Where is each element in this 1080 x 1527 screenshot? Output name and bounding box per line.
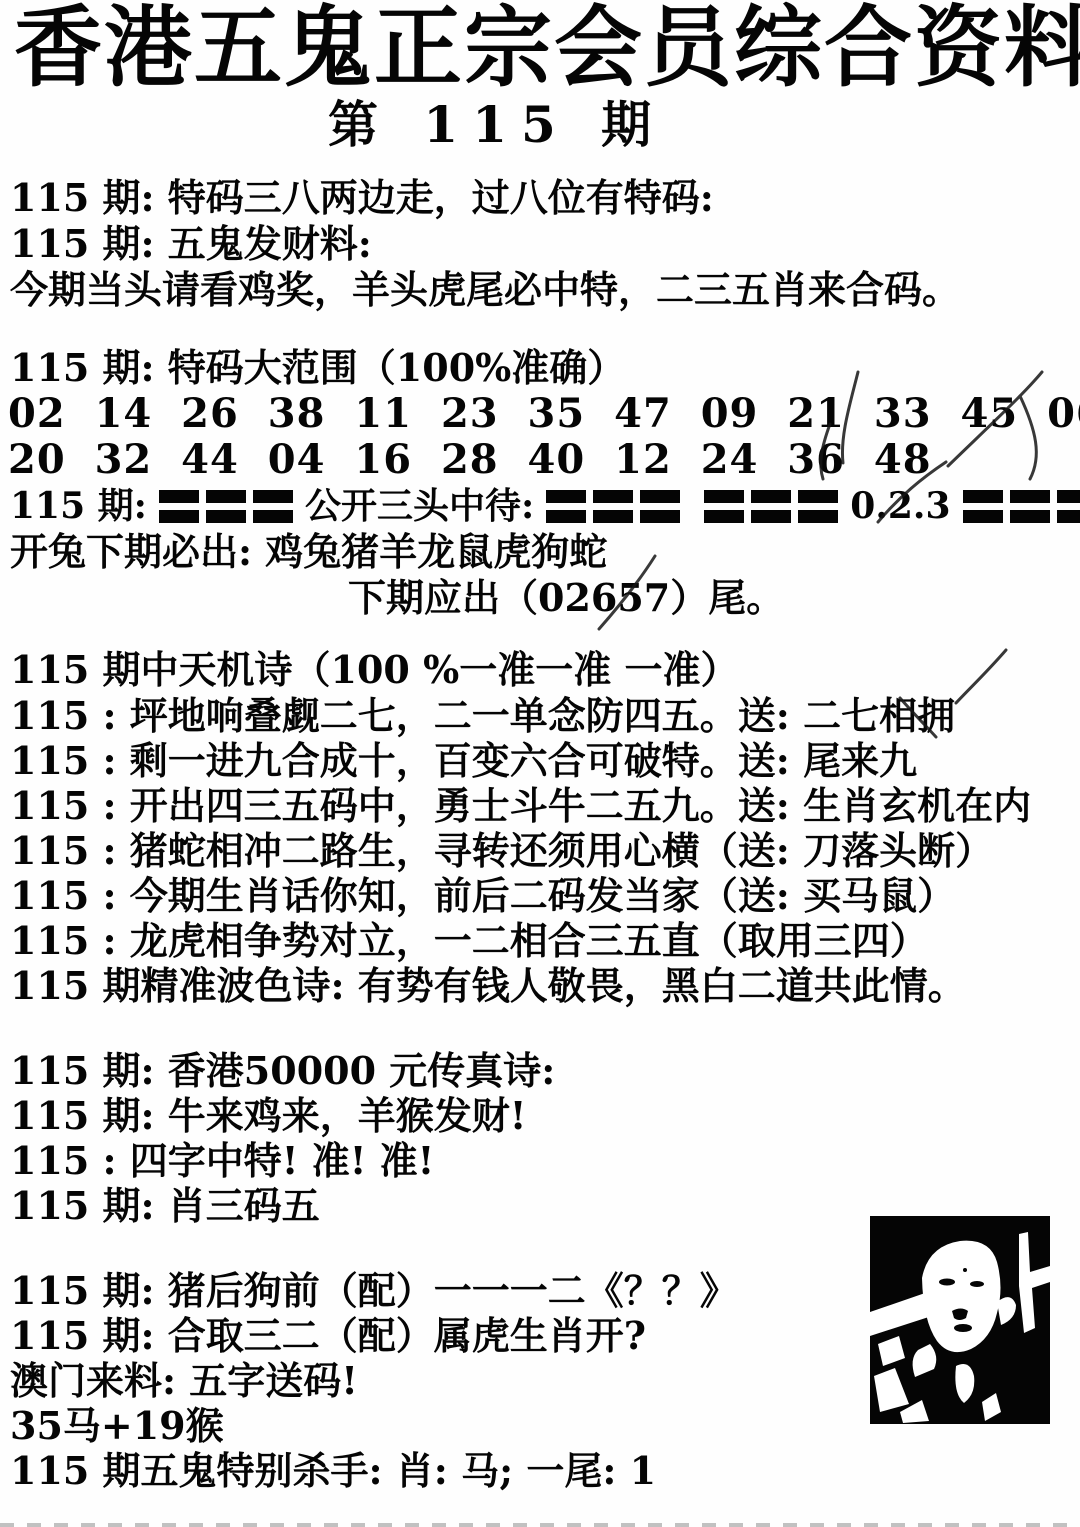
block-mark [751,490,791,523]
block-mark [593,490,633,523]
wave-color-poem-line: 115 期精准波色诗: 有势有钱人敬畏，黑白二道共此情。 [10,963,1080,1008]
page-title: 香港五鬼正宗会员综合资料 [14,0,1080,95]
block-group-1 [159,490,293,523]
poems-section: 115 期中天机诗（100 %一准一准 一准） 115 : 坪地响叠觑二七，二一… [0,647,1080,1008]
poem-line-4: 115 : 猪蛇相冲二路生，寻转还须用心横（送: 刀落头断） [10,828,1080,873]
block-mark [253,490,293,523]
block-mark [963,490,1003,523]
numbers-row-2: 20 32 44 04 16 28 40 12 24 36 48 [8,437,1080,483]
block-mark [206,490,246,523]
intro-section: 115 期: 特码三八两边走，过八位有特码: 115 期: 五鬼发财料: 今期当… [0,175,1080,313]
block-mark [1010,490,1050,523]
fax-line-2: 115 期: 牛来鸡来，羊猴发财! [10,1093,1080,1138]
portrait-photo [870,1215,1050,1425]
poems-heading: 115 期中天机诗（100 %一准一准 一准） [10,647,1080,693]
intro-line-1: 115 期: 特码三八两边走，过八位有特码: [10,175,1080,221]
poem-line-1: 115 : 坪地响叠觑二七，二一单念防四五。送: 二七相拥 [10,693,1080,738]
scan-edge-artifact [0,1523,1080,1527]
block-mark [704,490,744,523]
range-heading: 115 期: 特码大范围（100%准确） [10,345,1080,391]
three-heads-mid: 0.2.3 [850,483,950,529]
block-group-3 [704,490,838,523]
block-mark [1057,490,1080,523]
fax-line-1: 115 期: 香港50000 元传真诗: [10,1048,1080,1093]
killer-line: 115 期五鬼特别杀手: 肖: 马; 一尾: 1 [10,1448,1080,1493]
poem-line-5: 115 : 今期生肖话你知，前后二码发当家（送: 买马鼠） [10,873,1080,918]
three-heads-label: 公开三头中待: [305,483,534,529]
zodiac-line-2: 下期应出（02657）尾。 [348,575,1080,621]
block-mark [798,490,838,523]
fax-section: 115 期: 香港50000 元传真诗: 115 期: 牛来鸡来，羊猴发财! 1… [0,1048,1080,1228]
intro-line-3: 今期当头请看鸡奖，羊头虎尾必中特，二三五肖来合码。 [10,267,1080,313]
fax-line-3: 115 : 四字中特! 准! 准! [10,1138,1080,1183]
numbers-row-1: 02 14 26 38 11 23 35 47 09 21 33 45 06 1… [8,391,1080,437]
block-group-2 [546,490,680,523]
intro-line-2: 115 期: 五鬼发财料: [10,221,1080,267]
block-mark [546,490,586,523]
zodiac-line-1: 开兔下期必出: 鸡兔猪羊龙鼠虎狗蛇 [10,529,1080,575]
poem-line-2: 115 : 剩一进九合成十，百变六合可破特。送: 尾来九 [10,738,1080,783]
poem-line-3: 115 : 开出四三五码中，勇士斗牛二五九。送: 生肖玄机在内 [10,783,1080,828]
range-section: 115 期: 特码大范围（100%准确） 02 14 26 38 11 23 3… [0,345,1080,483]
poem-line-6: 115 : 龙虎相争势对立，一二相合三五直（取用三四） [10,918,1080,963]
block-mark [159,490,199,523]
three-heads-line: 115 期: 公开三头中待: 0.2.3 中 [10,483,1080,529]
block-mark [640,490,680,523]
block-group-4 [963,490,1080,523]
lottery-info-sheet: 香港五鬼正宗会员综合资料 第 115 期 115 期: 特码三八两边走，过八位有… [0,0,1080,1527]
three-heads-prefix: 115 期: [10,483,147,529]
issue-label: 第 115 期 [328,97,1080,153]
